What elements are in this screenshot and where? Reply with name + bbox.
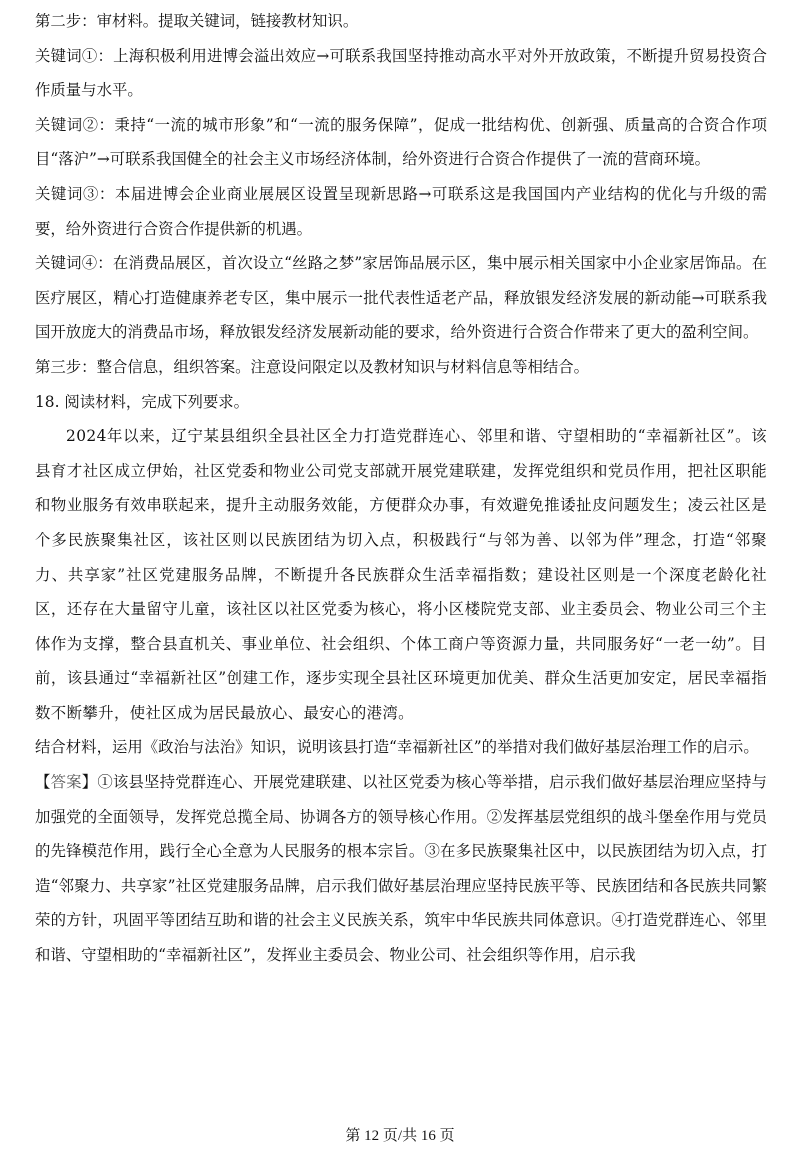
step3-heading: 第三步：整合信息，组织答案。注意设问限定以及教材知识与材料信息等相结合。 [35,350,767,385]
step2-heading: 第二步：审材料。提取关键词，链接教材知识。 [35,4,767,39]
answer-bracket-open: 【 [35,773,51,791]
page-footer: 第 12 页/共 16 页 [0,1124,800,1145]
question-18-title: 18. 阅读材料，完成下列要求。 [35,385,767,420]
answer-label: 答案 [51,773,82,791]
keyword-2: 关键词②：秉持“一流的城市形象”和“一流的服务保障”，促成一批结构优、创新强、质… [35,108,767,177]
answer-bracket-close: 】 [82,773,98,791]
keyword-1: 关键词①：上海积极利用进博会溢出效应→可联系我国坚持推动高水平对外开放政策，不断… [35,39,767,108]
keyword-4: 关键词④：在消费品展区，首次设立“丝路之梦”家居饰品展示区，集中展示相关国家中小… [35,246,767,350]
document-page: 第二步：审材料。提取关键词，链接教材知识。 关键词①：上海积极利用进博会溢出效应… [35,4,767,973]
question-18-prompt: 结合材料，运用《政治与法治》知识，说明该县打造“幸福新社区”的举措对我们做好基层… [35,730,767,765]
keyword-3: 关键词③：本届进博会企业商业展展区设置呈现新思路→可联系这是我国国内产业结构的优… [35,177,767,246]
question-18-answer: 【答案】①该县坚持党群连心、开展党建联建、以社区党委为核心等举措，启示我们做好基… [35,765,767,973]
answer-text: ①该县坚持党群连心、开展党建联建、以社区党委为核心等举措，启示我们做好基层治理应… [35,773,767,964]
question-18-material: 2024年以来，辽宁某县组织全县社区全力打造党群连心、邻里和谐、守望相助的“幸福… [35,419,767,730]
